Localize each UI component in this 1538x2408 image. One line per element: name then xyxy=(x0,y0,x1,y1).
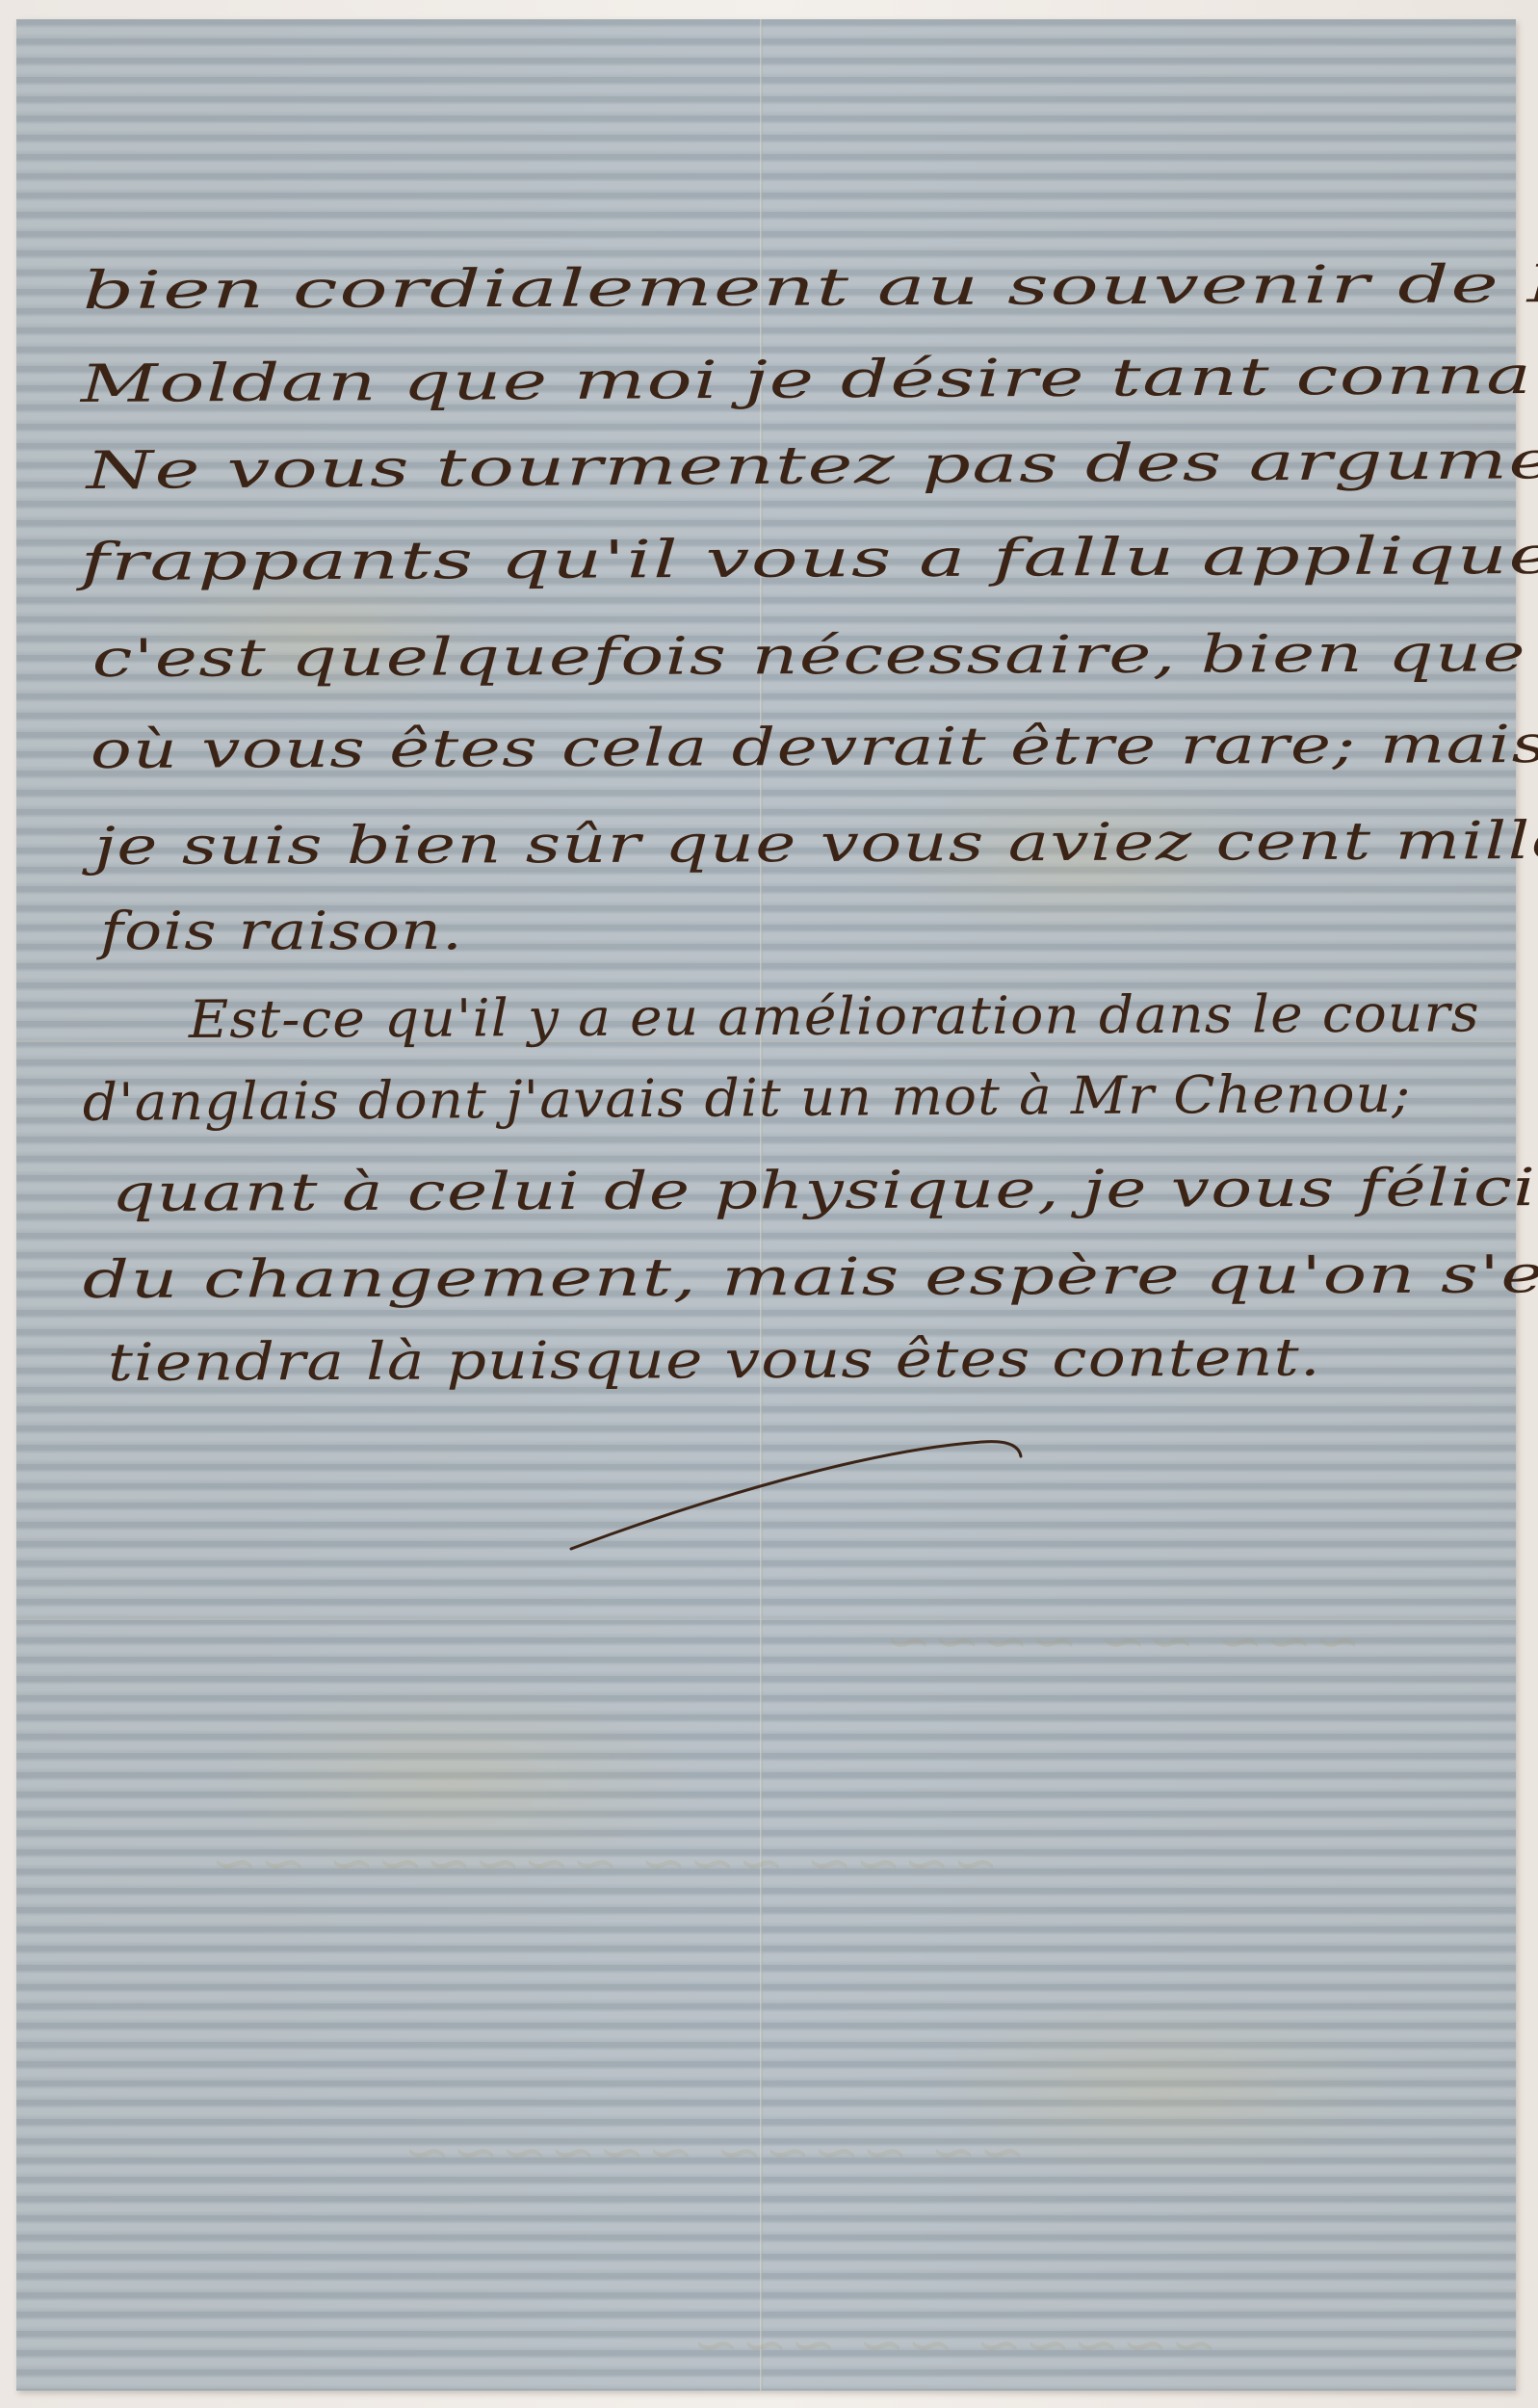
closing-flourish-stroke xyxy=(0,0,1538,2408)
